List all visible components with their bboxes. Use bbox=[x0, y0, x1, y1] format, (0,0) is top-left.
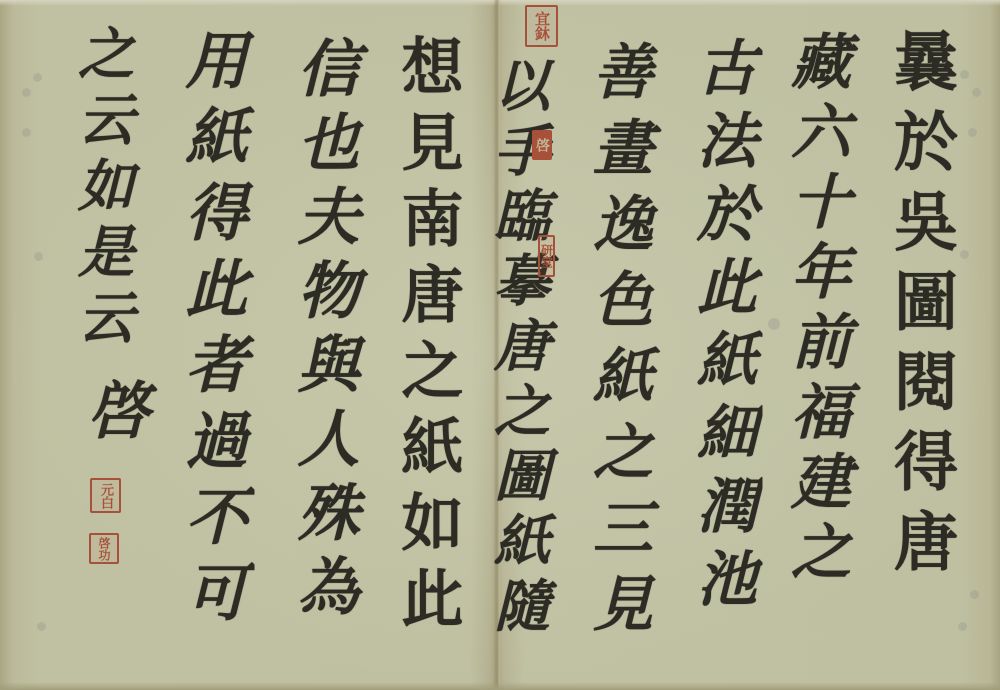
text-column-9: 之云如是云 bbox=[74, 24, 130, 354]
foxing-spot bbox=[960, 70, 969, 79]
seal-top-center: 宜鈢 bbox=[525, 5, 558, 47]
foxing-spot bbox=[34, 252, 43, 261]
foxing-spot bbox=[768, 318, 780, 330]
foxing-spot bbox=[968, 128, 977, 137]
foxing-spot bbox=[22, 128, 31, 137]
foxing-spot bbox=[37, 622, 46, 631]
foxing-spot bbox=[960, 250, 969, 259]
text-column-1: 曩於吳圖閱得唐 bbox=[888, 28, 952, 588]
seal-center-mid: 研堂 bbox=[538, 235, 555, 277]
text-column-6: 想見南唐之紙如此 bbox=[396, 34, 458, 642]
foxing-spot bbox=[972, 88, 981, 97]
calligraphy-album-spread: 曩於吳圖閱得唐 藏六十年前福建之 古法於此紙細潤池 善畫逸色紙之三見 以手臨摹唐… bbox=[0, 0, 1000, 690]
foxing-spot bbox=[22, 88, 31, 97]
foxing-spot bbox=[33, 73, 42, 82]
text-column-2: 藏六十年前福建之 bbox=[786, 30, 846, 590]
text-column-4: 善畫逸色紙之三見 bbox=[588, 40, 648, 648]
foxing-spot bbox=[970, 590, 979, 599]
seal-signature-2: 啓功 bbox=[89, 533, 119, 564]
text-column-3: 古法於此紙細潤池 bbox=[692, 36, 752, 620]
seal-signature-1: 元白 bbox=[90, 478, 121, 513]
seal-center-small: 啓 bbox=[532, 130, 552, 160]
signature: 啓 bbox=[82, 378, 144, 452]
foxing-spot bbox=[958, 622, 967, 631]
text-column-7: 信也夫物與人殊為 bbox=[292, 36, 354, 628]
text-column-8: 用紙得此者過不可 bbox=[180, 28, 242, 636]
